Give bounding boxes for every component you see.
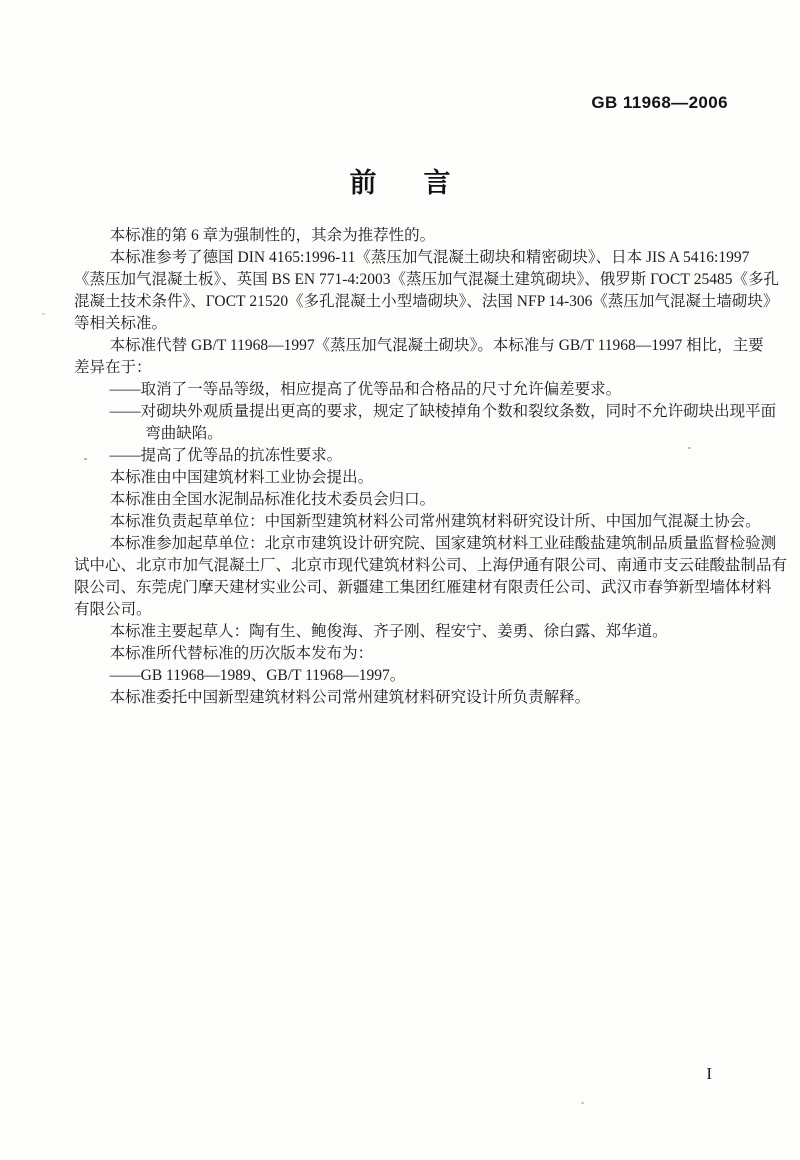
standard-number-header: GB 11968—2006: [591, 93, 728, 113]
text-line: 本标准主要起草人：陶有生、鲍俊海、齐子刚、程安宁、姜勇、徐白露、郑华道。: [74, 621, 734, 643]
text-line: 本标准参考了德国 DIN 4165:1996-11《蒸压加气混凝土砌块和精密砌块…: [74, 247, 734, 269]
text-line: ——GB 11968—1989、GB/T 11968—1997。: [74, 665, 734, 687]
text-line: ——取消了一等品等级，相应提高了优等品和合格品的尺寸允许偏差要求。: [74, 379, 734, 401]
text-line: 有限公司。: [74, 599, 734, 621]
text-line: 《蒸压加气混凝土板》、英国 BS EN 771-4:2003《蒸压加气混凝土建筑…: [74, 269, 734, 291]
text-line: 混凝土技术条件》、ГОСТ 21520《多孔混凝土小型墙砌块》、法国 NFP 1…: [74, 291, 734, 313]
text-line: 本标准由中国建筑材料工业协会提出。: [74, 467, 734, 489]
foreword-title: 前 言: [0, 161, 800, 200]
foreword-title-char-1: 前: [350, 161, 377, 200]
text-line: 差异在于：: [74, 357, 734, 379]
text-line: 本标准代替 GB/T 11968—1997《蒸压加气混凝土砌块》。本标准与 GB…: [74, 335, 734, 357]
text-line: 本标准由全国水泥制品标准化技术委员会归口。: [74, 489, 734, 511]
foreword-title-char-2: 言: [424, 161, 451, 200]
text-line: 本标准的第 6 章为强制性的，其余为推荐性的。: [74, 225, 734, 247]
text-line: 等相关标准。: [74, 313, 734, 335]
text-line: 本标准负责起草单位：中国新型建筑材料公司常州建筑材料研究设计所、中国加气混凝土协…: [74, 511, 734, 533]
scanned-standard-page: GB 11968—2006 前 言 本标准的第 6 章为强制性的，其余为推荐性的…: [0, 0, 800, 1160]
text-line: 本标准委托中国新型建筑材料公司常州建筑材料研究设计所负责解释。: [74, 687, 734, 709]
text-line: 试中心、北京市加气混凝土厂、北京市现代建筑材料公司、上海伊通有限公司、南通市支云…: [74, 555, 734, 577]
text-line: 本标准参加起草单位：北京市建筑设计研究院、国家建筑材料工业硅酸盐建筑制品质量监督…: [74, 533, 734, 555]
text-line: ——对砌块外观质量提出更高的要求，规定了缺棱掉角个数和裂纹条数，同时不允许砌块出…: [74, 401, 734, 423]
foreword-body: 本标准的第 6 章为强制性的，其余为推荐性的。本标准参考了德国 DIN 4165…: [74, 225, 734, 709]
text-line: 本标准所代替标准的历次版本发布为：: [74, 643, 734, 665]
text-line: 限公司、东莞虎门摩天建材实业公司、新疆建工集团红雁建材有限责任公司、武汉市春笋新…: [74, 577, 734, 599]
text-line: 弯曲缺陷。: [74, 423, 734, 445]
text-line: ——提高了优等品的抗冻性要求。: [74, 445, 734, 467]
page-number: I: [706, 1064, 712, 1084]
